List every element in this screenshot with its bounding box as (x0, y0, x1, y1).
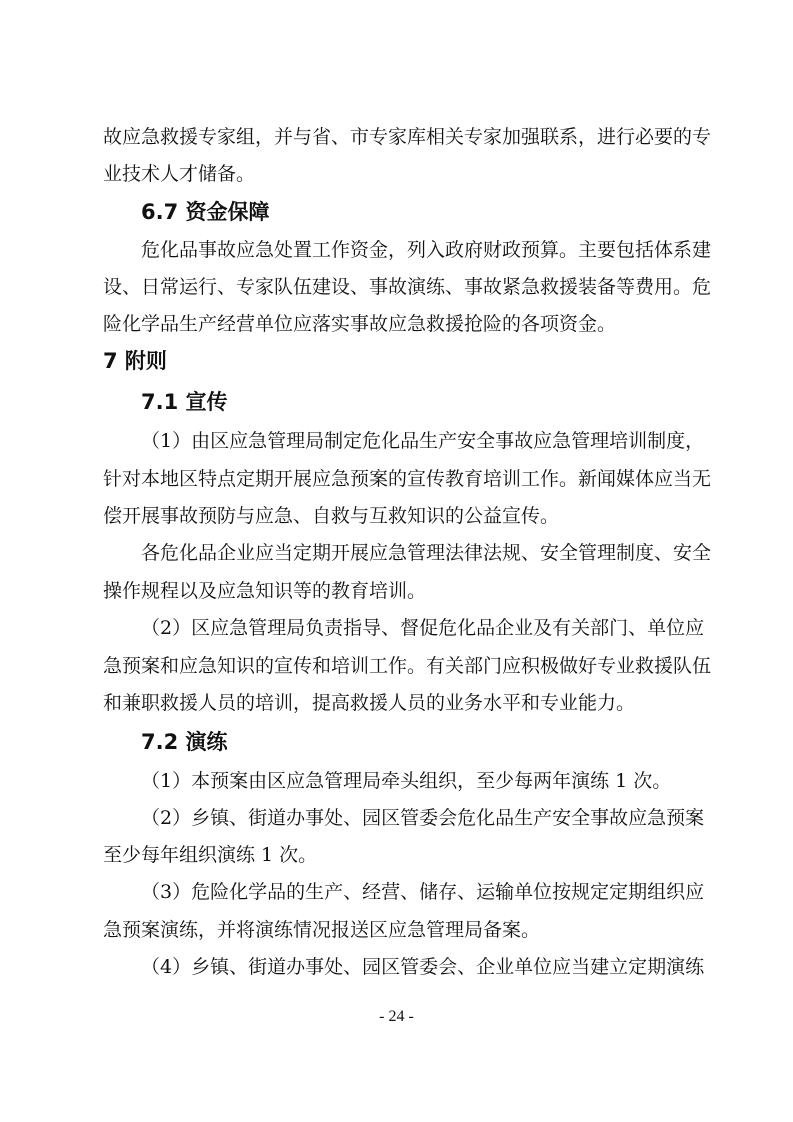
paragraph-line: 危化品事故应急处置工作资金，列入政府财政预算。主要包括体系建 (141, 238, 703, 262)
paragraph-line: 各危化品企业应当定期开展应急管理法律法规、安全管理制度、安全 (141, 541, 703, 565)
paragraph-line: （2）乡镇、街道办事处、园区管委会危化品生产安全事故应急预案 (141, 806, 703, 830)
paragraph-line: 至少每年组织演练 1 次。 (103, 843, 317, 867)
paragraph-line: （2）区应急管理局负责指导、督促危化品企业及有关部门、单位应 (141, 616, 703, 640)
section-heading-7-2: 7.2 演练 (141, 730, 228, 754)
paragraph-line: 险化学品生产经营单位应落实事故应急救援抢险的各项资金。 (103, 312, 616, 336)
paragraph-line: （1）本预案由区应急管理局牵头组织，至少每两年演练 1 次。 (141, 769, 671, 793)
paragraph-line: 和兼职救援人员的培训，提高救援人员的业务水平和专业能力。 (103, 691, 635, 715)
section-heading-6-7: 6.7 资金保障 (141, 200, 270, 224)
paragraph-line: 急预案演练，并将演练情况报送区应急管理局备案。 (103, 918, 540, 942)
paragraph-line: 针对本地区特点定期开展应急预案的宣传教育培训工作。新闻媒体应当无 (103, 467, 703, 491)
paragraph-line: （1）由区应急管理局制定危化品生产安全事故应急管理培训制度， (141, 429, 703, 453)
paragraph-line: 业技术人才储备。 (103, 162, 255, 186)
paragraph-line: 急预案和应急知识的宣传和培训工作。有关部门应积极做好专业救援队伍 (103, 654, 703, 678)
paragraph-line: 设、日常运行、专家队伍建设、事故演练、事故紧急救援装备等费用。危 (103, 275, 703, 299)
paragraph-line: 操作规程以及应急知识等的教育培训。 (103, 579, 426, 603)
page-number: - 24 - (0, 1008, 793, 1026)
paragraph-line: 偿开展事故预防与应急、自救与互救知识的公益宣传。 (103, 504, 559, 528)
paragraph-line: 故应急救援专家组，并与省、市专家库相关专家加强联系，进行必要的专 (103, 125, 703, 149)
paragraph-line: （3）危险化学品的生产、经营、储存、运输单位按规定定期组织应 (141, 880, 703, 904)
section-heading-7-1: 7.1 宣传 (141, 390, 228, 414)
paragraph-line: （4）乡镇、街道办事处、园区管委会、企业单位应当建立定期演练 (141, 955, 703, 979)
chapter-heading-7: 7 附则 (103, 349, 167, 373)
